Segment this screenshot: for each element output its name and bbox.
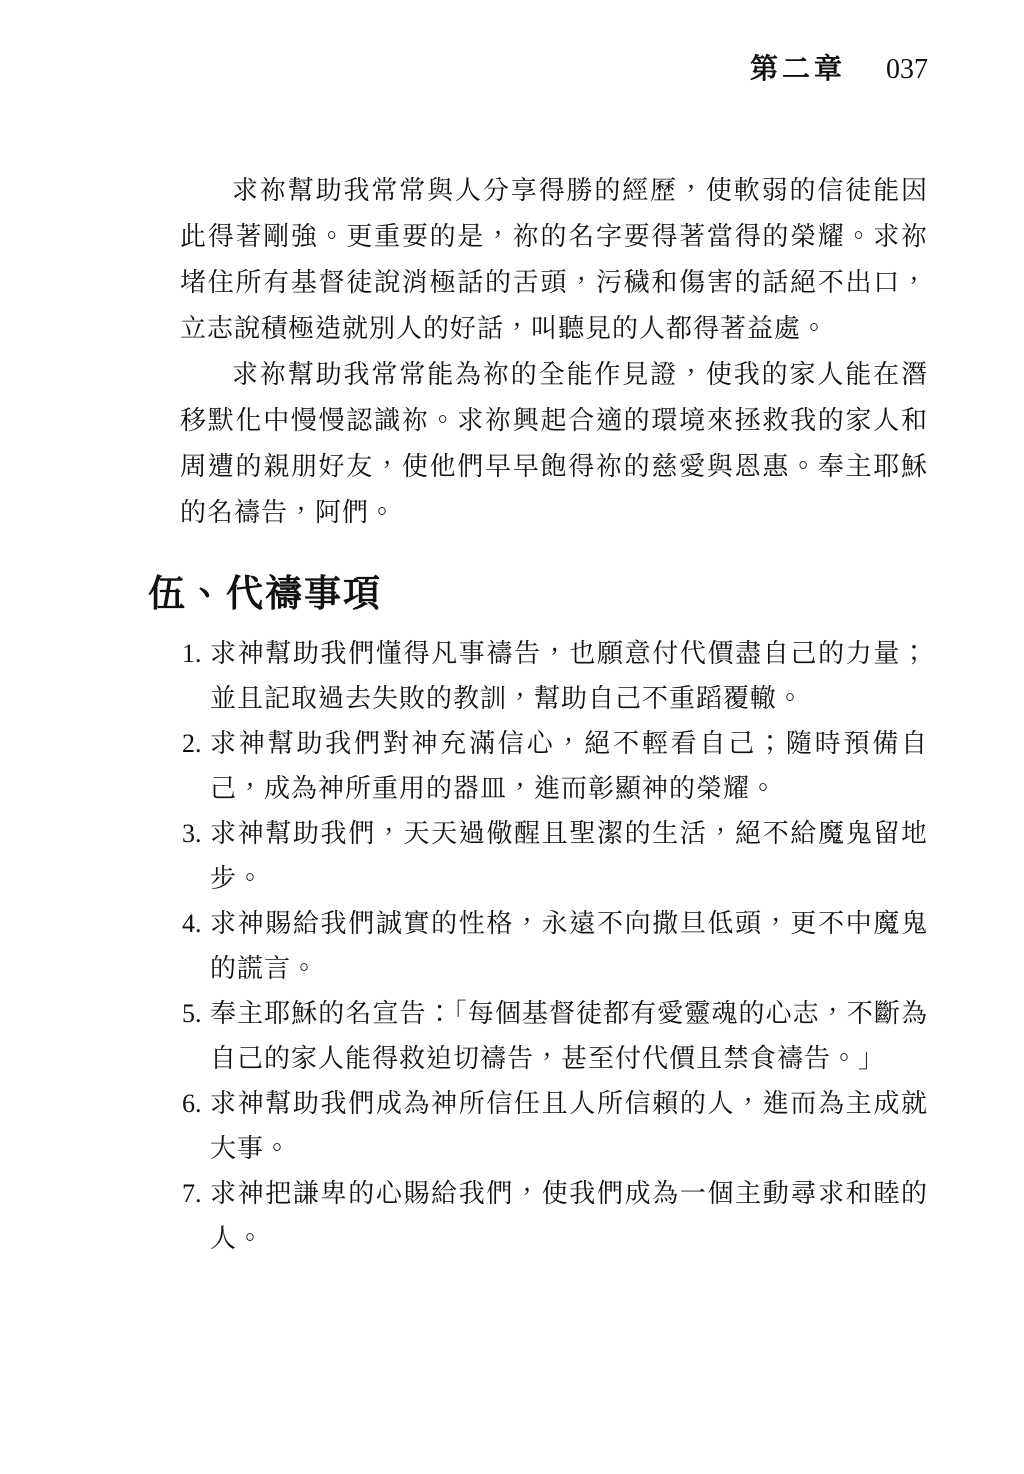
item-number: 5. [182, 991, 202, 1036]
chapter-label: 第二章 [750, 54, 846, 86]
item-number: 2. [182, 721, 202, 766]
prayer-paragraph: 求祢幫助我常常能為祢的全能作見證，使我的家人能在潛移默化中慢慢認識祢。求祢興起合… [180, 352, 928, 536]
list-item: 1. 求神幫助我們懂得凡事禱告，也願意付代價盡自己的力量；並且記取過去失敗的教訓… [180, 631, 928, 721]
list-item: 5. 奉主耶穌的名宣告：「每個基督徒都有愛靈魂的心志，不斷為自己的家人能得救迫切… [180, 991, 928, 1081]
running-header: 第二章 037 [750, 54, 928, 86]
list-item: 6. 求神幫助我們成為神所信任且人所信賴的人，進而為主成就大事。 [180, 1081, 928, 1171]
item-number: 6. [182, 1081, 202, 1126]
item-text: 求神把謙卑的心賜給我們，使我們成為一個主動尋求和睦的人。 [210, 1179, 928, 1253]
intercession-list: 1. 求神幫助我們懂得凡事禱告，也願意付代價盡自己的力量；並且記取過去失敗的教訓… [180, 631, 928, 1261]
item-text: 奉主耶穌的名宣告：「每個基督徒都有愛靈魂的心志，不斷為自己的家人能得救迫切禱告，… [210, 999, 928, 1073]
list-item: 2. 求神幫助我們對神充滿信心，絕不輕看自己；隨時預備自己，成為神所重用的器皿，… [180, 721, 928, 811]
item-text: 求神賜給我們誠實的性格，永遠不向撒旦低頭，更不中魔鬼的謊言。 [210, 909, 928, 983]
item-text: 求神幫助我們對神充滿信心，絕不輕看自己；隨時預備自己，成為神所重用的器皿，進而彰… [210, 729, 928, 803]
item-text: 求神幫助我們成為神所信任且人所信賴的人，進而為主成就大事。 [210, 1089, 928, 1163]
item-number: 3. [182, 811, 202, 856]
item-number: 4. [182, 901, 202, 946]
list-item: 4. 求神賜給我們誠實的性格，永遠不向撒旦低頭，更不中魔鬼的謊言。 [180, 901, 928, 991]
page-number: 037 [886, 54, 928, 86]
item-number: 1. [182, 631, 202, 676]
list-item: 7. 求神把謙卑的心賜給我們，使我們成為一個主動尋求和睦的人。 [180, 1171, 928, 1261]
item-number: 7. [182, 1171, 202, 1216]
book-page: 第二章 037 求祢幫助我常常與人分享得勝的經歷，使軟弱的信徒能因此得著剛強。更… [0, 0, 1024, 1474]
item-text: 求神幫助我們懂得凡事禱告，也願意付代價盡自己的力量；並且記取過去失敗的教訓，幫助… [210, 639, 928, 713]
section-heading: 伍、代禱事項 [148, 572, 928, 618]
list-item: 3. 求神幫助我們，天天過儆醒且聖潔的生活，絕不給魔鬼留地步。 [180, 811, 928, 901]
prayer-paragraph: 求祢幫助我常常與人分享得勝的經歷，使軟弱的信徒能因此得著剛強。更重要的是，祢的名… [180, 168, 928, 352]
item-text: 求神幫助我們，天天過儆醒且聖潔的生活，絕不給魔鬼留地步。 [210, 819, 928, 893]
page-content: 求祢幫助我常常與人分享得勝的經歷，使軟弱的信徒能因此得著剛強。更重要的是，祢的名… [180, 168, 928, 1261]
